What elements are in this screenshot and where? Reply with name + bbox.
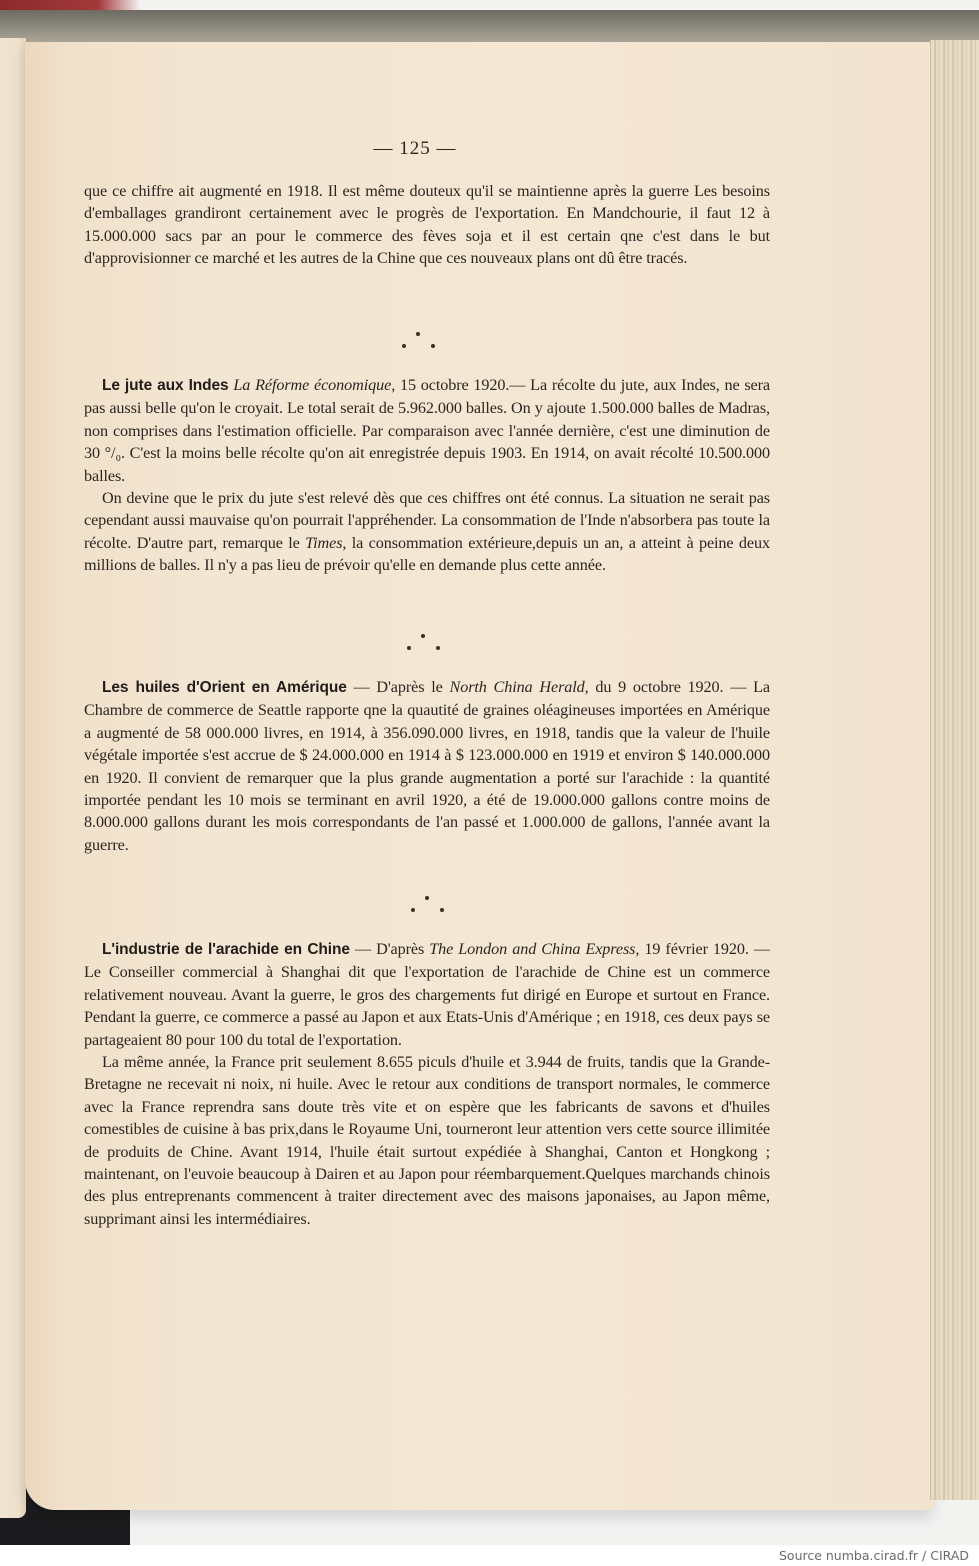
article-jute: Le jute aux Indes La Réforme économique,… (84, 374, 770, 577)
asterism-star-icon (440, 908, 444, 912)
article-body: du 9 octobre 1920. — La Chambre de comme… (84, 678, 770, 854)
section-separator (411, 896, 451, 916)
article-source: La Réforme économique, (233, 376, 395, 394)
page-stack-edge (930, 40, 979, 1500)
article-paragraph: Le jute aux Indes La Réforme économique,… (84, 374, 770, 487)
asterism-star-icon (425, 896, 429, 900)
section-separator (402, 332, 442, 352)
article-heading: L'industrie de l'arachide en Chine (102, 941, 350, 958)
article-heading: Les huiles d'Orient en Amérique (102, 679, 347, 696)
asterism-star-icon (431, 344, 435, 348)
article-body: — D'après (350, 940, 429, 958)
asterism-star-icon (416, 332, 420, 336)
article-arachide: L'industrie de l'arachide en Chine — D'a… (84, 938, 770, 1230)
article-paragraph: La même année, la France prit seulement … (84, 1051, 770, 1230)
article-paragraph: L'industrie de l'arachide en Chine — D'a… (84, 938, 770, 1051)
article-body: — D'après le (347, 678, 450, 696)
article-paragraph: On devine que le prix du jute s'est rele… (84, 487, 770, 577)
source-credit: Source numba.cirad.fr / CIRAD (779, 1545, 969, 1566)
page-number: — 125 — (0, 138, 830, 160)
article-heading: Le jute aux Indes (102, 377, 229, 394)
previous-page-edge (0, 38, 26, 1518)
book-scan: — 125 — que ce chiffre ait augmenté en 1… (0, 0, 979, 1545)
asterism-star-icon (436, 646, 440, 650)
article-source: Times (305, 534, 342, 552)
section-separator (407, 634, 447, 654)
article-source: North China Herald, (450, 678, 589, 696)
asterism-star-icon (407, 646, 411, 650)
asterism-star-icon (411, 908, 415, 912)
intro-text: que ce chiffre ait augmenté en 1918. Il … (84, 180, 770, 270)
asterism-star-icon (402, 344, 406, 348)
article-source: The London and China Express, (429, 940, 639, 958)
asterism-star-icon (421, 634, 425, 638)
article-huiles: Les huiles d'Orient en Amérique — D'aprè… (84, 676, 770, 856)
intro-paragraph: que ce chiffre ait augmenté en 1918. Il … (84, 180, 770, 270)
article-paragraph: Les huiles d'Orient en Amérique — D'aprè… (84, 676, 770, 856)
